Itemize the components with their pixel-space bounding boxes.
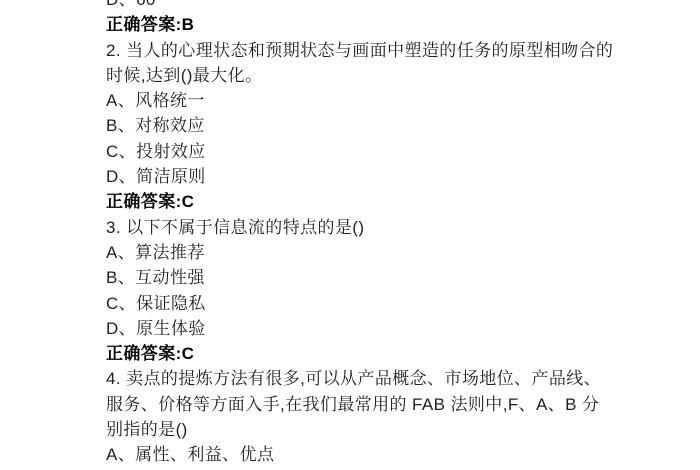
line-answer: 正确答案:B	[106, 12, 621, 37]
line-option: C、保证隐私	[106, 291, 621, 316]
line-option: C、投射效应	[106, 139, 621, 164]
line-question: 3. 以下不属于信息流的特点的是()	[106, 215, 621, 240]
line-question-continuation: 别指的是()	[106, 417, 621, 442]
line-question-continuation: 服务、价格等方面入手,在我们最常用的 FAB 法则中,F、A、B 分	[106, 392, 621, 417]
line-option: D、原生体验	[106, 316, 621, 341]
line-answer: 正确答案:C	[106, 341, 621, 366]
line-answer: 正确答案:C	[106, 189, 621, 214]
line-option: D、简洁原则	[106, 164, 621, 189]
quiz-document-page: D、60正确答案:B2. 当人的心理状态和预期状态与画面中塑造的任务的原型相吻合…	[0, 0, 700, 470]
line-option: A、算法推荐	[106, 240, 621, 265]
line-question-continuation: 时候,达到()最大化。	[106, 63, 621, 88]
line-question: 4. 卖点的提炼方法有很多,可以从产品概念、市场地位、产品线、	[106, 366, 621, 391]
line-option: D、60	[106, 0, 621, 12]
line-question: 2. 当人的心理状态和预期状态与画面中塑造的任务的原型相吻合的	[106, 38, 621, 63]
line-option: A、属性、利益、优点	[106, 442, 621, 467]
line-option: A、风格统一	[106, 88, 621, 113]
line-option: B、对称效应	[106, 113, 621, 138]
quiz-text-block: D、60正确答案:B2. 当人的心理状态和预期状态与画面中塑造的任务的原型相吻合…	[106, 0, 621, 468]
line-option: B、互动性强	[106, 265, 621, 290]
